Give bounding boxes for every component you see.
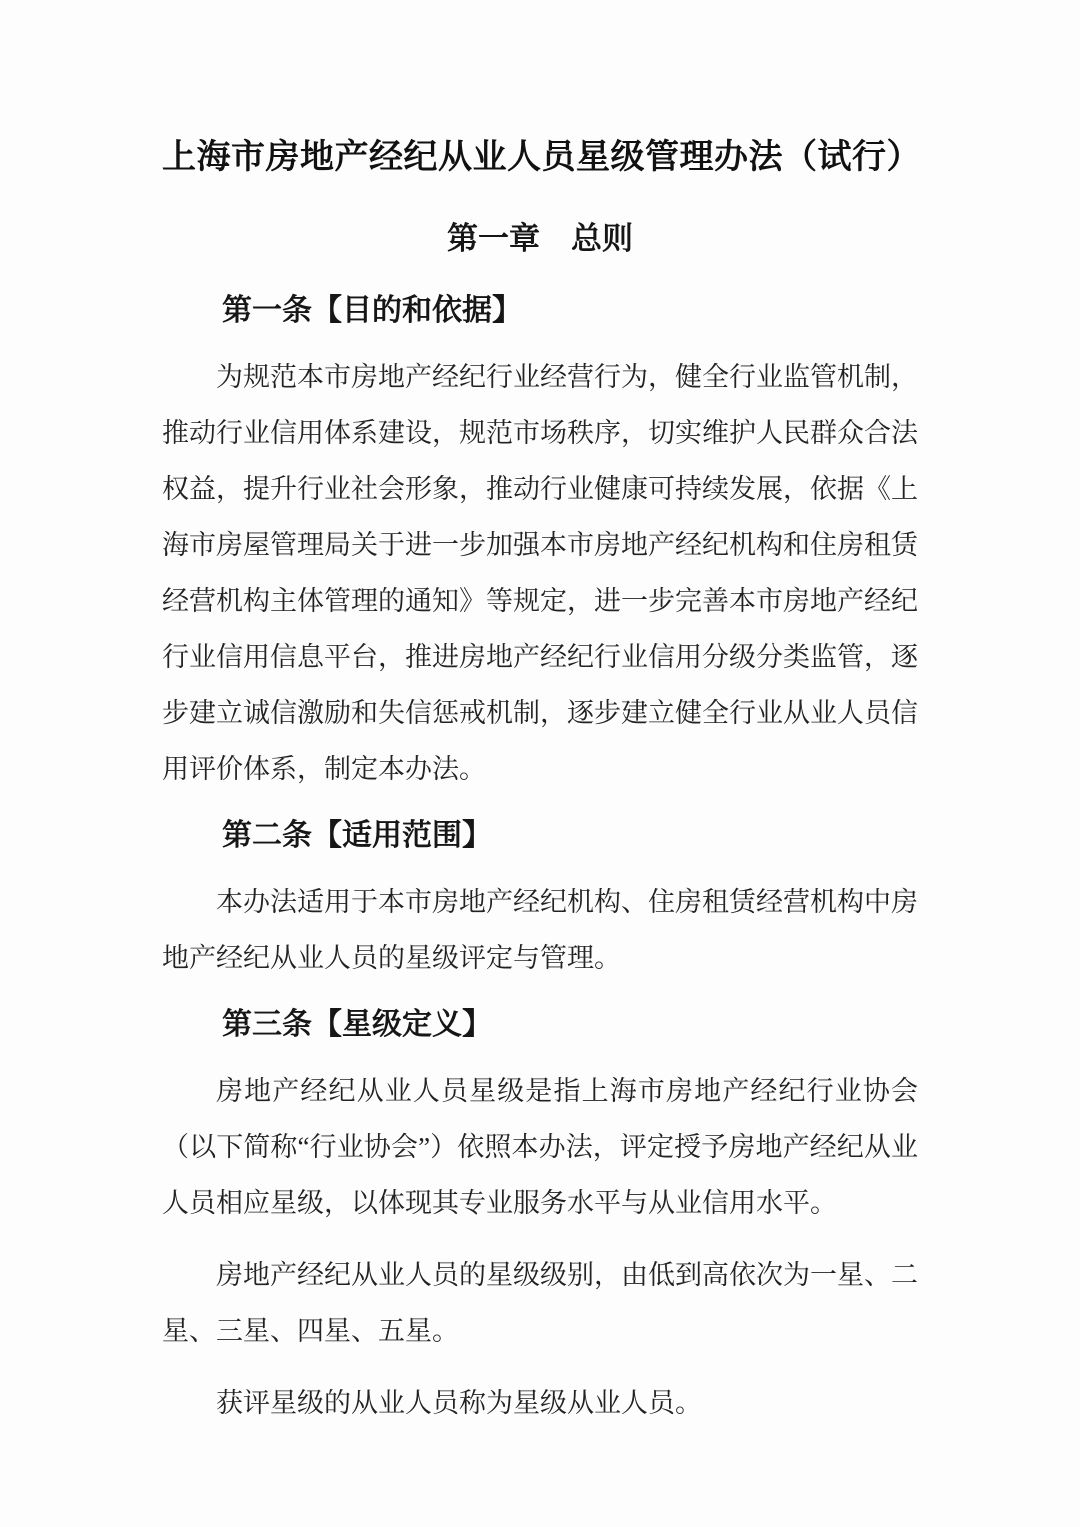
article-3-paragraph-3: 获评星级的从业人员称为星级从业人员。: [162, 1375, 918, 1431]
article-3-paragraph-2: 房地产经纪从业人员的星级级别，由低到高依次为一星、二星、三星、四星、五星。: [162, 1247, 918, 1359]
article-2-paragraph-1: 本办法适用于本市房地产经纪机构、住房租赁经营机构中房地产经纪从业人员的星级评定与…: [162, 874, 918, 986]
document-title: 上海市房地产经纪从业人员星级管理办法（试行）: [162, 133, 918, 181]
article-1: 第一条【目的和依据】 为规范本市房地产经纪行业经营行为，健全行业监管机制，推动行…: [162, 289, 918, 797]
article-3-paragraph-1: 房地产经纪从业人员星级是指上海市房地产经纪行业协会（以下简称“行业协会”）依照本…: [162, 1063, 918, 1231]
chapter-heading: 第一章 总则: [162, 217, 918, 261]
article-1-heading: 第一条【目的和依据】: [162, 289, 918, 333]
article-1-paragraph-1: 为规范本市房地产经纪行业经营行为，健全行业监管机制，推动行业信用体系建设，规范市…: [162, 349, 918, 797]
article-2: 第二条【适用范围】 本办法适用于本市房地产经纪机构、住房租赁经营机构中房地产经纪…: [162, 814, 918, 986]
article-3: 第三条【星级定义】 房地产经纪从业人员星级是指上海市房地产经纪行业协会（以下简称…: [162, 1003, 918, 1431]
article-2-heading: 第二条【适用范围】: [162, 814, 918, 858]
article-3-heading: 第三条【星级定义】: [162, 1003, 918, 1047]
document-page: 上海市房地产经纪从业人员星级管理办法（试行） 第一章 总则 第一条【目的和依据】…: [0, 0, 1080, 1527]
